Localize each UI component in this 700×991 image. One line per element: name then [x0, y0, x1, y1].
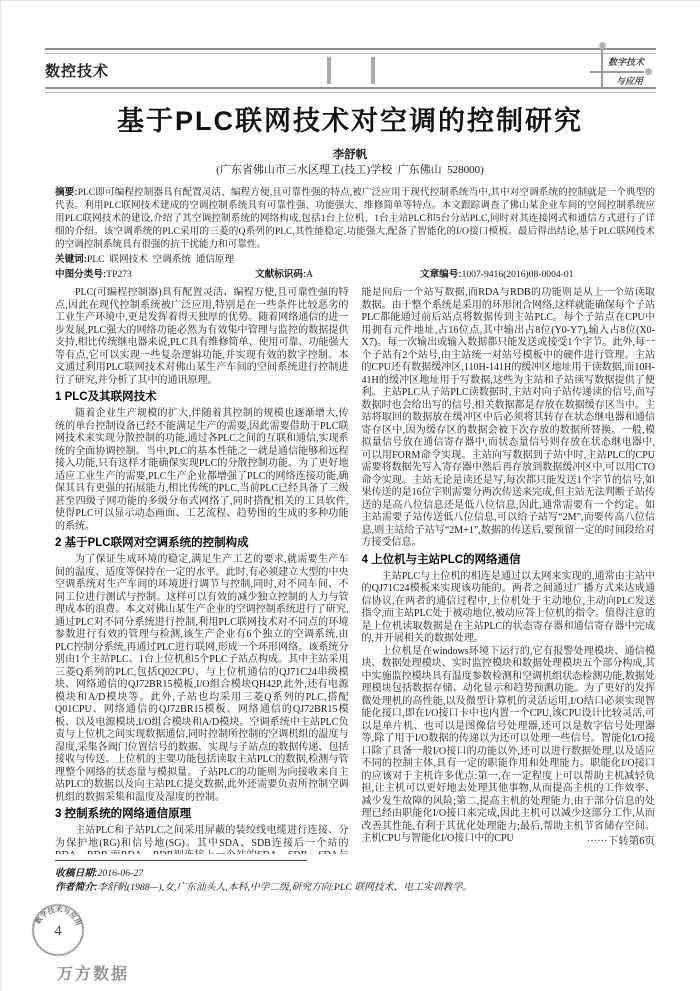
right-column: 能是向后一个站写数据,而RDA与RDB的功能则是从上一个站读取数据。由于整个系统…: [362, 287, 656, 854]
section-3-paragraph-continued: 能是向后一个站写数据,而RDA与RDB的功能则是从上一个站读取数据。由于整个系统…: [362, 287, 656, 550]
section-4-paragraph-2: 上位机是在windows环境下运行的,它有报警处理模块、通信模块、数据处理模块、…: [362, 646, 656, 846]
section-2-heading: 2 基于PLC联网对空调系统的控制构成: [55, 536, 349, 551]
doc-code: 文献标识码:A: [255, 268, 420, 281]
section-3-paragraph: 主站PLC和子站PLC之间采用屏蔽的装绞线电缆进行连接、分为保护地(RG)和信号…: [55, 825, 349, 854]
received-date: 收稿日期:2016-06-27: [55, 867, 655, 881]
stamp-seal-icon: 数字技术与应用 · · · · · · · · 4: [31, 903, 85, 957]
author-name: 李舒帆: [0, 146, 700, 162]
journal-logo: 数字技术 与应用: [590, 45, 654, 95]
footnote-divider: [55, 860, 307, 861]
continued-on-page-note: ······下转第6页: [581, 833, 655, 848]
classification-line: 中图分类号:TP273 文献标识码:A 文章编号:1007-9416(2016)…: [55, 268, 655, 281]
header-bottom-rule: [45, 87, 656, 93]
keywords: 关键词:PLC 联网技术 空调系统 通信原理: [55, 253, 655, 266]
left-column: PLC(可编程控制器)具有配置灵活、编程方便,且可靠性强的特点,因此在现代控制系…: [55, 287, 349, 854]
section-3-heading: 3 控制系统的网络通信原理: [55, 807, 349, 822]
abstract-text: PLC即可编程控制器具有配置灵活、编程方便,且可靠性强的特点,被广泛应用于现代控…: [55, 187, 655, 250]
section-4-heading: 4 上位机与主站PLC的网络通信: [362, 553, 656, 568]
header-divider-bars-icon: [327, 57, 375, 84]
svg-text:4: 4: [54, 923, 62, 939]
journal-page: 数控技术 数字技术 与应用 基于PLC联网技术对空调的控制研究 李舒帆 (广东省…: [0, 0, 700, 991]
article-number: 文章编号:1007-9416(2016)08-0004-01: [420, 268, 574, 281]
logo-dot-icon: [645, 68, 652, 75]
page-header: 数控技术 数字技术 与应用: [45, 48, 656, 93]
article-body: PLC(可编程控制器)具有配置灵活、编程方便,且可靠性强的特点,因此在现代控制系…: [55, 287, 655, 854]
author-bio: 作者简介:李舒帆(1988—),女,广东汕头人,本科,中学二级,研究方向:PLC…: [55, 881, 655, 895]
logo-text-line2: 与应用: [616, 74, 643, 87]
clc-number: 中图分类号:TP273: [55, 268, 255, 281]
logo-dot-icon: [599, 42, 606, 49]
wanfang-watermark: 万方数据: [57, 961, 129, 984]
svg-text:· · · · · · · ·: · · · · · · · ·: [44, 939, 62, 948]
logo-vertical-line: [601, 47, 603, 89]
logo-horizontal-line: [590, 71, 644, 73]
page-title: 基于PLC联网技术对空调的控制研究: [0, 99, 700, 138]
section-4-paragraph-1: 主站PLC与上位机的相连是通过以太网来实现的,通常由主站中的QJ71C24模板来…: [362, 571, 656, 646]
header-band: 数控技术 数字技术 与应用: [45, 54, 656, 87]
page-number-stamp: 数字技术与应用 · · · · · · · · 4: [31, 903, 85, 962]
journal-section-label: 数控技术: [45, 60, 109, 81]
section-1-heading: 1 PLC及其联网技术: [55, 390, 349, 405]
intro-paragraph: PLC(可编程控制器)具有配置灵活、编程方便,且可靠性强的特点,因此在现代控制系…: [55, 287, 349, 387]
section-2-paragraph: 为了保证生成环境的稳定,满足生产工艺的要求,就需要生产车间的温度、适度等保持在一…: [55, 554, 349, 804]
logo-text-line1: 数字技术: [608, 55, 644, 68]
article-meta: 摘要:PLC即可编程控制器具有配置灵活、编程方便,且可靠性强的特点,被广泛应用于…: [55, 186, 655, 281]
abstract-label: 摘要:: [55, 187, 78, 198]
affiliation: (广东省佛山市三水区理工(技工)学校 广东佛山 528000): [0, 161, 700, 177]
keywords-label: 关键词:: [55, 254, 87, 265]
footnote-area: 收稿日期:2016-06-27 作者简介:李舒帆(1988—),女,广东汕头人,…: [55, 860, 655, 895]
section-1-paragraph: 随着企业生产规模的扩大,伴随着其控制的规模也逐渐增大,传统的单台控制设备已经不能…: [55, 408, 349, 533]
keywords-text: PLC 联网技术 空调系统 通信原理: [87, 254, 234, 265]
abstract: 摘要:PLC即可编程控制器具有配置灵活、编程方便,且可靠性强的特点,被广泛应用于…: [55, 186, 655, 251]
